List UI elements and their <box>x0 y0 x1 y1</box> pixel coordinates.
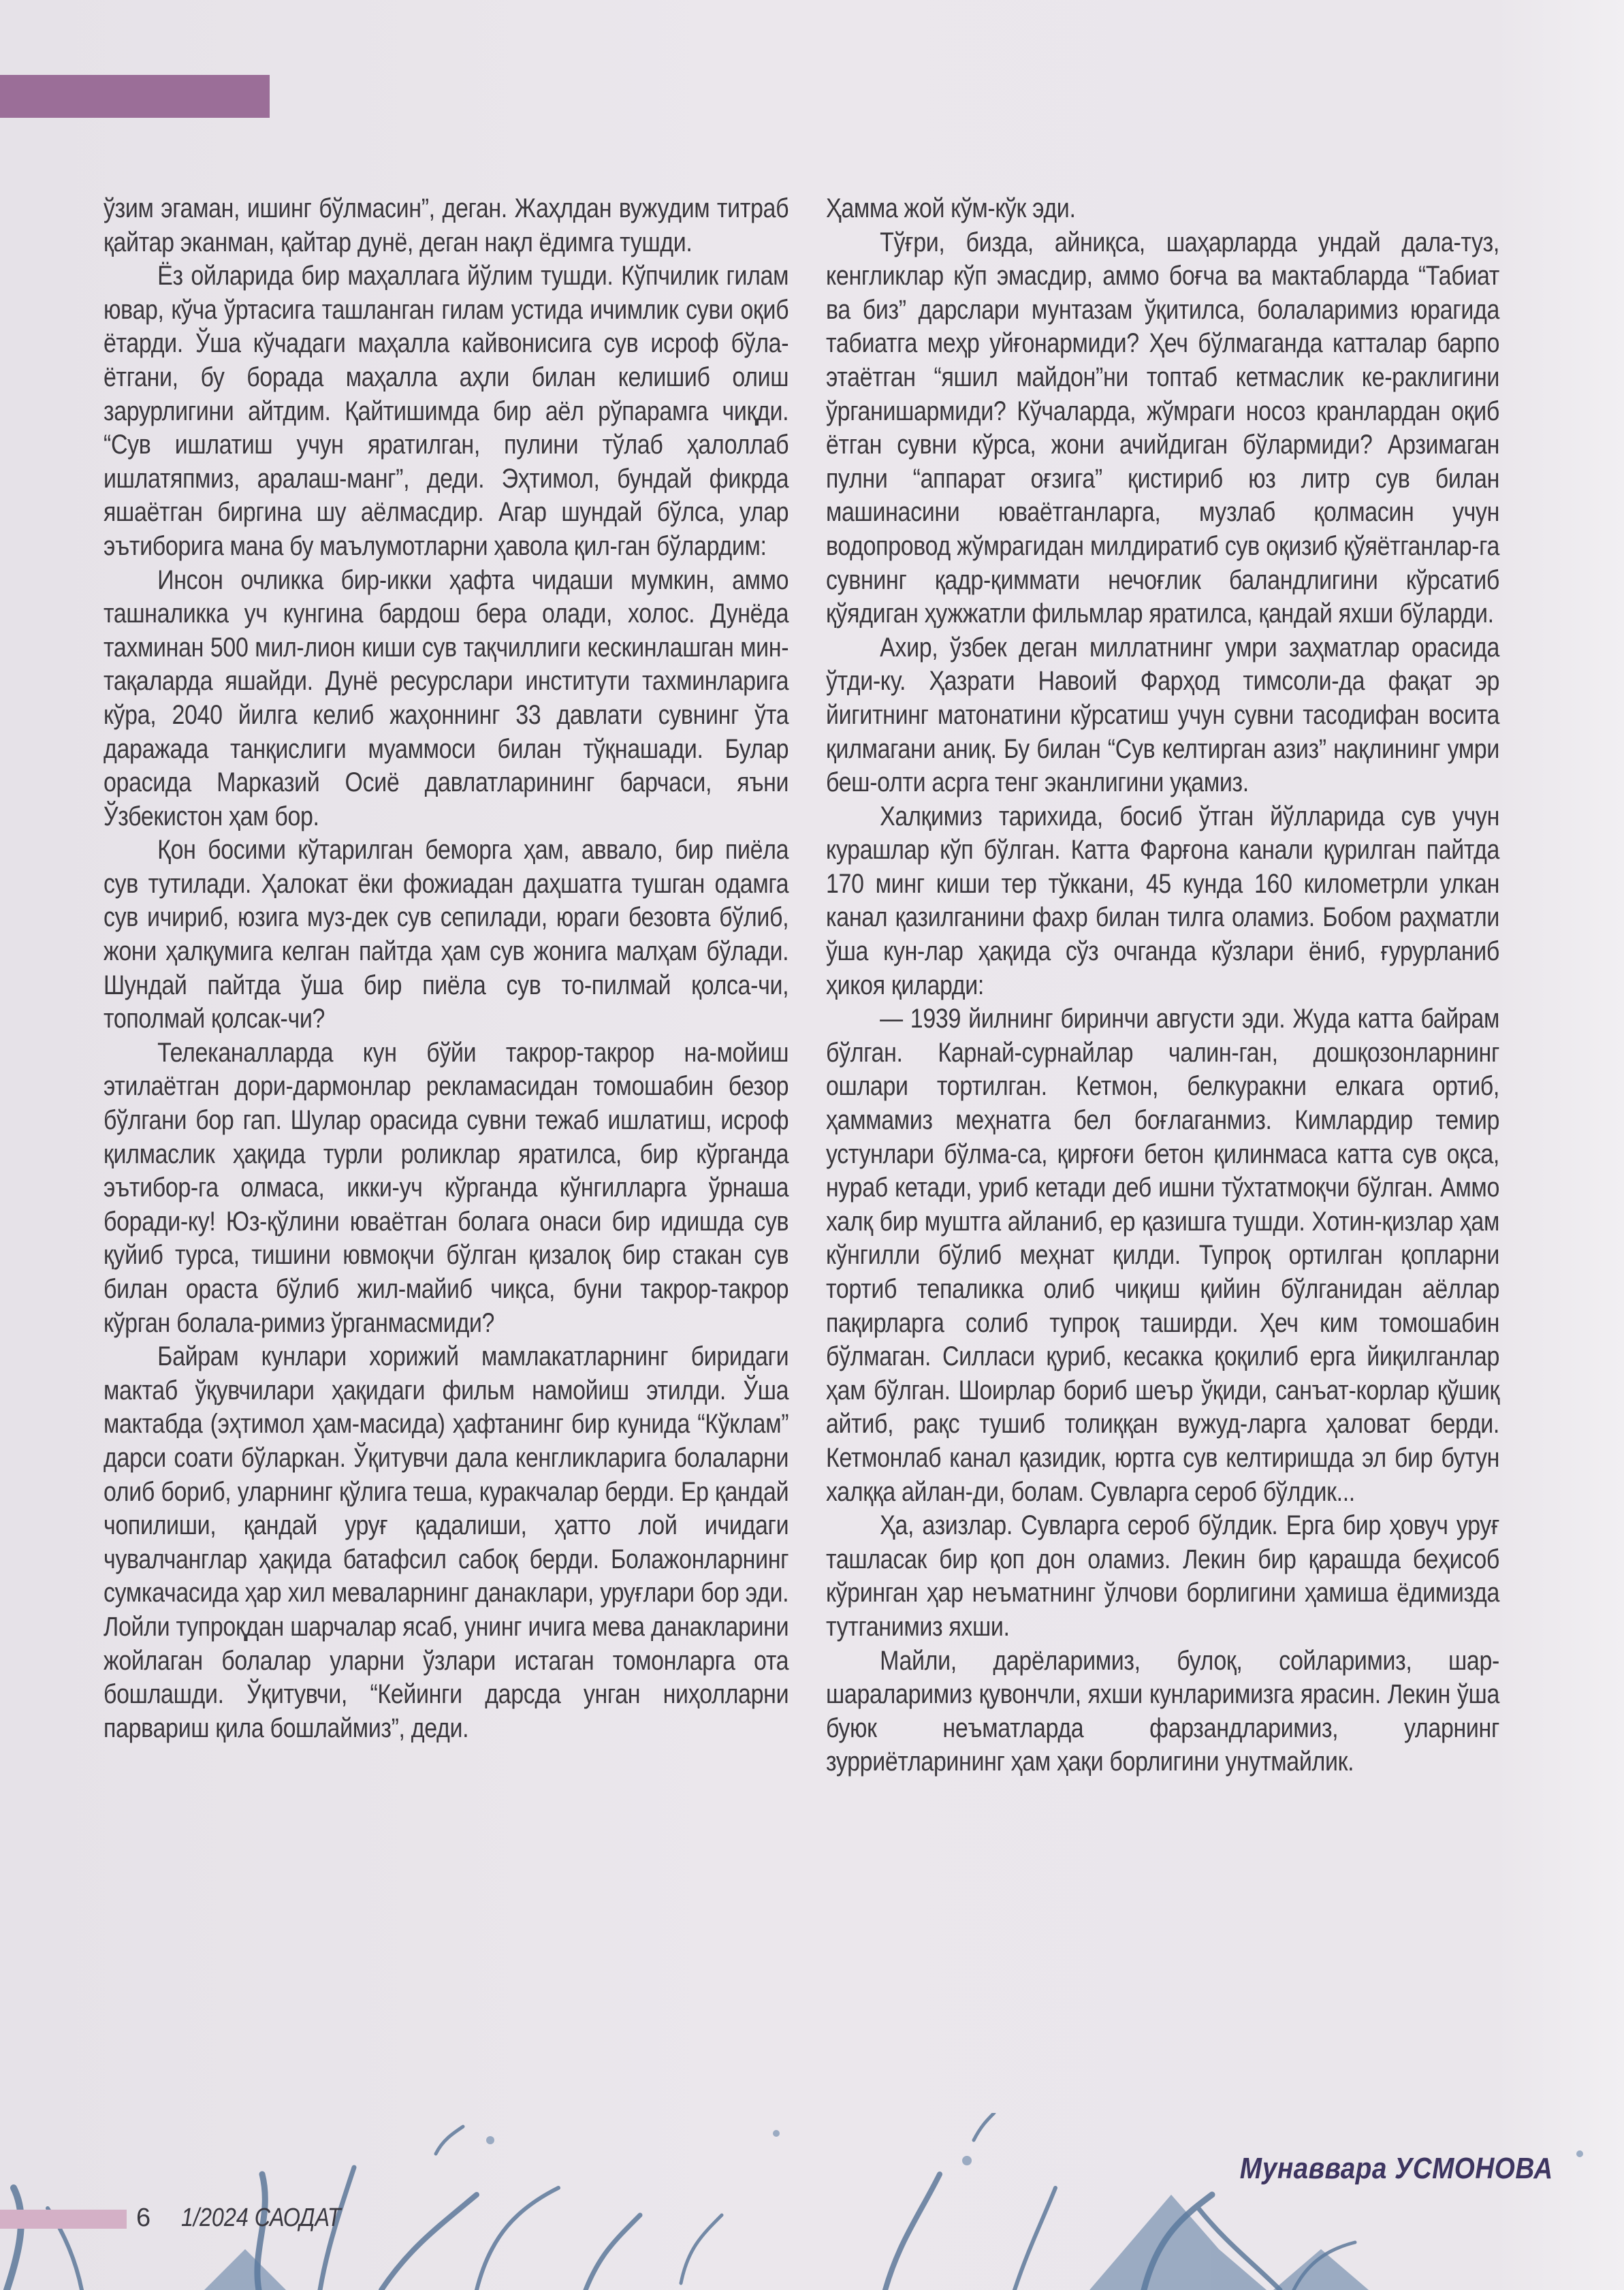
paragraph: Ҳамма жой кўм-кўк эди. <box>826 192 1499 226</box>
top-accent-bar <box>0 75 270 118</box>
article-column-left: ўзим эгаман, ишинг бўлмасин”, деган. Жаҳ… <box>104 192 789 1745</box>
footer-accent-bar <box>0 2210 127 2229</box>
paragraph: Ахир, ўзбек деган миллатнинг умри заҳмат… <box>826 631 1499 800</box>
paragraph: Ёз ойларида бир маҳаллага йўлим тушди. К… <box>104 259 789 563</box>
paragraph: — 1939 йилнинг биринчи августи эди. Жуда… <box>826 1002 1499 1509</box>
page-number: 6 <box>136 2204 150 2233</box>
paragraph: Байрам кунлари хорижий мамлакатларнинг б… <box>104 1340 789 1745</box>
paragraph: ўзим эгаман, ишинг бўлмасин”, деган. Жаҳ… <box>104 192 789 259</box>
issue-label: 1/2024 САОДАТ <box>181 2204 341 2233</box>
paragraph: Инсон очликка бир-икки ҳафта чидаши мумк… <box>104 564 789 834</box>
paragraph: Тўғри, бизда, айниқса, шаҳарларда ундай … <box>826 226 1499 631</box>
paragraph: Майли, дарёларимиз, булоқ, сойларимиз, ш… <box>826 1644 1499 1779</box>
article-column-right: Ҳамма жой кўм-кўк эди. Тўғри, бизда, айн… <box>826 192 1499 1779</box>
article-author: Мунаввара УСМОНОВА <box>1240 2152 1553 2186</box>
paragraph: Ҳа, азизлар. Сувларга сероб бўлдик. Ерга… <box>826 1509 1499 1644</box>
paragraph: Халқимиз тарихида, босиб ўтган йўлларида… <box>826 800 1499 1003</box>
paragraph: Телеканалларда кун бўйи такрор-такрор на… <box>104 1036 789 1340</box>
paragraph: Қон босими кўтарилган беморга ҳам, аввал… <box>104 833 789 1036</box>
